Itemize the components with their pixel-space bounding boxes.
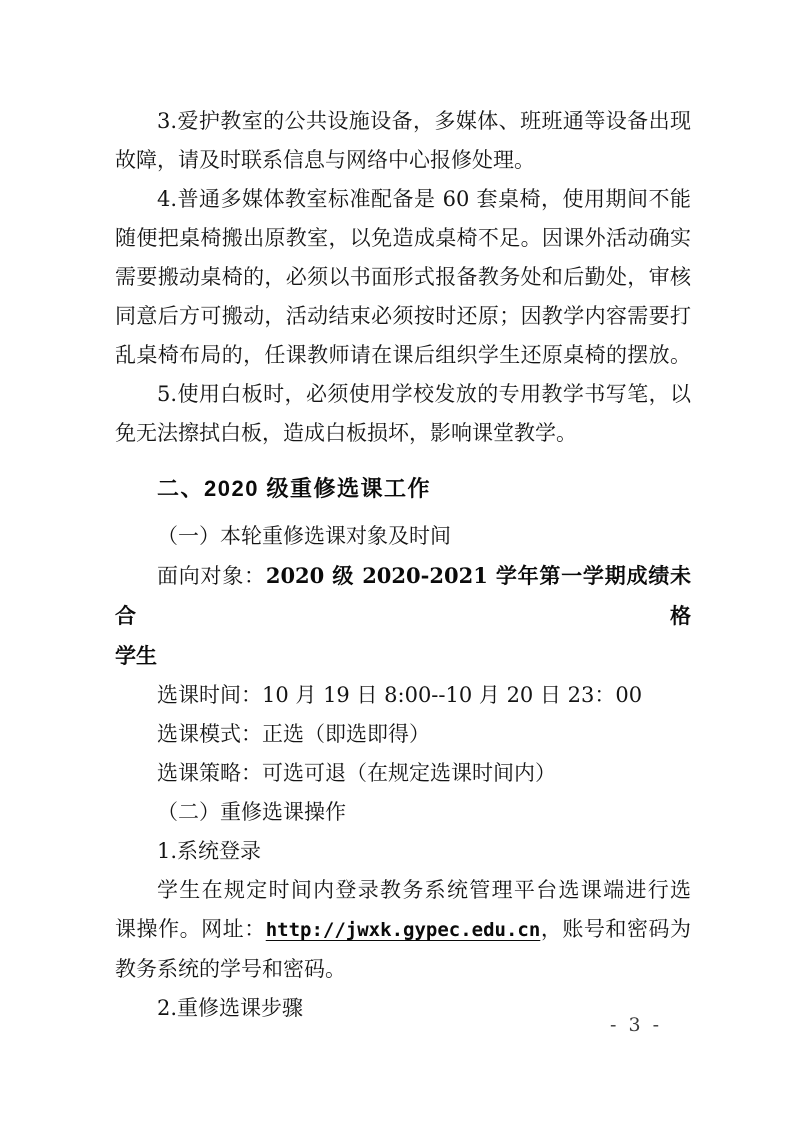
text-line: 3.爱护教室的公共设施设备，多媒体、班班通等设备出现: [115, 102, 691, 141]
text-line: 选课策略：可选可退（在规定选课时间内）: [115, 754, 691, 793]
subsection-heading-text: （二）重修选课操作: [157, 800, 346, 824]
text-line: 二、2020 级重修选课工作: [115, 469, 691, 509]
text-line: 2.重修选课步骤: [115, 989, 691, 1028]
text-line: 学生: [115, 636, 691, 676]
text-run: 学生在规定时间内登录教务系统管理平台选课端进行选: [157, 878, 691, 902]
text-run: 乱桌椅布局的，任课教师请在课后组织学生还原桌椅的摆放。: [115, 343, 691, 367]
text-run: 教务系统的学号和密码。: [115, 957, 346, 981]
text-run: 免无法擦拭白板，造成白板损坏，影响课堂教学。: [115, 421, 577, 445]
text-line: 选课模式：正选（即选即得）: [115, 715, 691, 754]
text-line: 1.系统登录: [115, 832, 691, 871]
subsection-heading-text: （一）本轮重修选课对象及时间: [157, 524, 451, 548]
text-run: 3.爱护教室的公共设施设备，多媒体、班班通等设备出现: [157, 109, 691, 133]
text-line: 课操作。网址：http://jwxk.gypec.edu.cn，账号和密码为: [115, 910, 691, 950]
text-line: 乱桌椅布局的，任课教师请在课后组织学生还原桌椅的摆放。: [115, 336, 691, 375]
text-line: 随便把桌椅搬出原教室，以免造成桌椅不足。因课外活动确实: [115, 219, 691, 258]
document-page: 3.爱护教室的公共设施设备，多媒体、班班通等设备出现故障，请及时联系信息与网络中…: [0, 0, 793, 1122]
document-body: 3.爱护教室的公共设施设备，多媒体、班班通等设备出现故障，请及时联系信息与网络中…: [115, 102, 691, 1028]
field-value-bold: 学生: [115, 643, 157, 668]
text-line: （一）本轮重修选课对象及时间: [115, 517, 691, 556]
login-instructions: 学生在规定时间内登录教务系统管理平台选课端进行选课操作。网址：http://jw…: [115, 871, 691, 989]
selection-mode: 选课模式：正选（即选即得）: [115, 715, 691, 754]
text-run: 课操作。网址：: [115, 917, 266, 941]
text-line: 面向对象：2020 级 2020-2021 学年第一学期成绩未合格: [115, 556, 691, 636]
step-2-reselect: 2.重修选课步骤: [115, 989, 691, 1028]
target-audience: 面向对象：2020 级 2020-2021 学年第一学期成绩未合格学生: [115, 556, 691, 676]
text-run: 选课时间：10 月 19 日 8:00--10 月 20 日 23：00: [157, 683, 642, 707]
rule-item-4: 4.普通多媒体教室标准配备是 60 套桌椅，使用期间不能随便把桌椅搬出原教室，以…: [115, 180, 691, 375]
text-line: 学生在规定时间内登录教务系统管理平台选课端进行选: [115, 871, 691, 910]
selection-time: 选课时间：10 月 19 日 8:00--10 月 20 日 23：00: [115, 676, 691, 715]
text-run: 随便把桌椅搬出原教室，以免造成桌椅不足。因课外活动确实: [115, 226, 691, 250]
subsection-2-heading: （二）重修选课操作: [115, 793, 691, 832]
text-run: 选课策略：可选可退（在规定选课时间内）: [157, 761, 556, 785]
text-line: 4.普通多媒体教室标准配备是 60 套桌椅，使用期间不能: [115, 180, 691, 219]
text-line: 免无法擦拭白板，造成白板损坏，影响课堂教学。: [115, 414, 691, 453]
field-label: 面向对象：: [157, 564, 266, 588]
text-line: （二）重修选课操作: [115, 793, 691, 832]
page-number: - 3 -: [610, 1013, 662, 1037]
text-line: 同意后方可搬动，活动结束必须按时还原；因教学内容需要打: [115, 297, 691, 336]
text-run: 2.重修选课步骤: [157, 996, 303, 1020]
text-run: 故障，请及时联系信息与网络中心报修处理。: [115, 148, 535, 172]
text-run: 4.普通多媒体教室标准配备是 60 套桌椅，使用期间不能: [157, 187, 691, 211]
text-line: 选课时间：10 月 19 日 8:00--10 月 20 日 23：00: [115, 676, 691, 715]
text-run: 需要搬动桌椅的，必须以书面形式报备教务处和后勤处，审核: [115, 265, 691, 289]
selection-strategy: 选课策略：可选可退（在规定选课时间内）: [115, 754, 691, 793]
text-run: 选课模式：正选（即选即得）: [157, 722, 430, 746]
text-line: 需要搬动桌椅的，必须以书面形式报备教务处和后勤处，审核: [115, 258, 691, 297]
section-2-heading: 二、2020 级重修选课工作: [115, 469, 691, 509]
text-line: 教务系统的学号和密码。: [115, 950, 691, 989]
step-1-login: 1.系统登录: [115, 832, 691, 871]
section-heading-text: 二、2020 级重修选课工作: [157, 476, 431, 501]
text-run: 同意后方可搬动，活动结束必须按时还原；因教学内容需要打: [115, 304, 691, 328]
text-run: 5.使用白板时，必须使用学校发放的专用教学书写笔，以: [157, 382, 691, 406]
text-run: ，账号和密码为: [540, 917, 691, 941]
rule-item-5: 5.使用白板时，必须使用学校发放的专用教学书写笔，以免无法擦拭白板，造成白板损坏…: [115, 375, 691, 453]
text-run: 1.系统登录: [157, 839, 261, 863]
text-line: 5.使用白板时，必须使用学校发放的专用教学书写笔，以: [115, 375, 691, 414]
rule-item-3: 3.爱护教室的公共设施设备，多媒体、班班通等设备出现故障，请及时联系信息与网络中…: [115, 102, 691, 180]
text-line: 故障，请及时联系信息与网络中心报修处理。: [115, 141, 691, 180]
jwxk-url-link[interactable]: http://jwxk.gypec.edu.cn: [266, 919, 541, 941]
subsection-1-heading: （一）本轮重修选课对象及时间: [115, 517, 691, 556]
